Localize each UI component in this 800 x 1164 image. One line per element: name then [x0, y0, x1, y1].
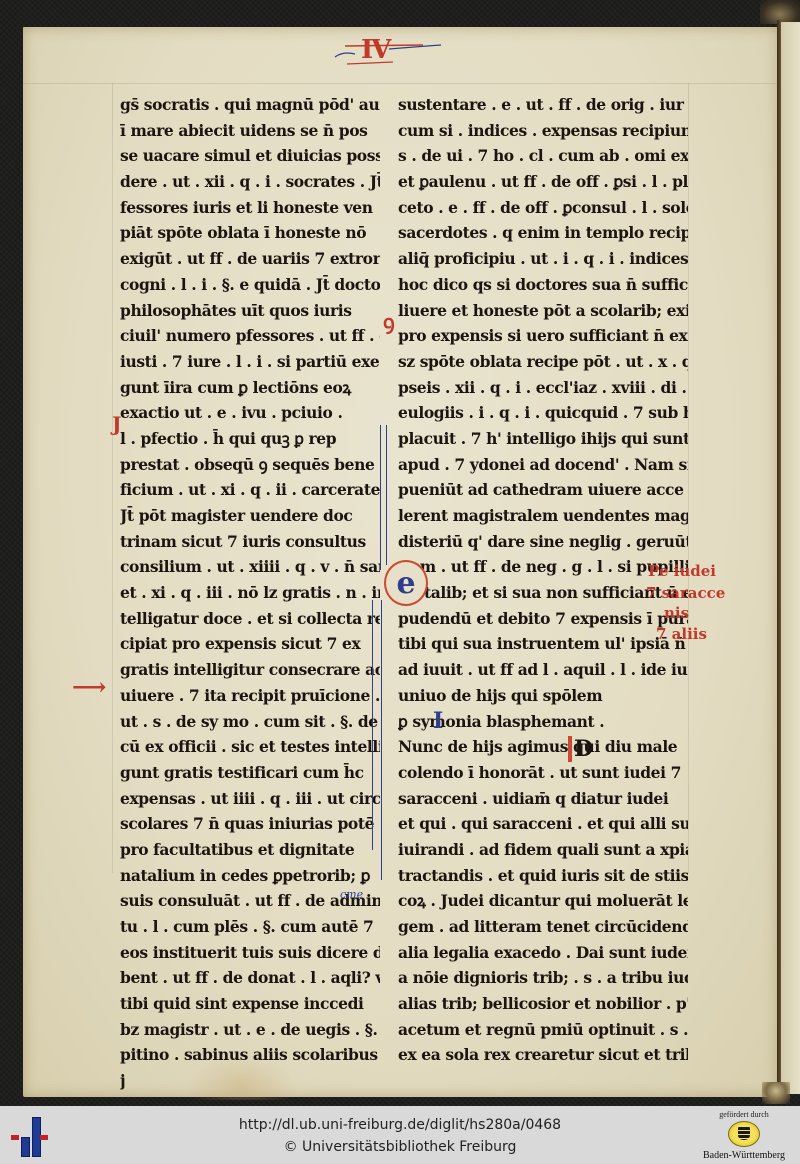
manuscript-line: scolares 7 n̄ quas iniurias potē [120, 811, 380, 837]
copyright-notice: © Universitätsbibliothek Freiburg [0, 1139, 800, 1155]
manuscript-line: consilium . ut . xiiii . q . v . n̄ sane… [120, 554, 380, 580]
manuscript-line: pueniūt ad cathedram uiuere acce [398, 477, 688, 503]
manuscript-line: et ꝑaulenu . ut ff . de off . ꝑsi . l . … [398, 169, 688, 195]
manuscript-line: num . ut ff . de neg . g . l . si pupill… [398, 554, 688, 580]
manuscript-line: sustentare . e . ut . ff . de orig . iur… [398, 92, 688, 118]
manuscript-line: a nōie dignioris trib; . s . a tribu iud… [398, 965, 688, 991]
manuscript-line: cum si . indices . expensas recipiunt . … [398, 118, 688, 144]
manuscript-line: iusti . 7 iure . l . i . si partiū exe [120, 349, 380, 375]
penwork-line [372, 600, 373, 850]
manuscript-line: gs̄ socratis . qui magnū pōd' auri [120, 92, 380, 118]
manuscript-line: sz spōte oblata recipe pōt . ut . x . q … [398, 349, 688, 375]
manuscript-line: Jt̄ pōt magister uendere doc [120, 503, 380, 529]
sponsor-block[interactable]: gefördert durch Baden-Württemberg [688, 1108, 800, 1164]
manuscript-line: exigūt . ut ff . de uariis 7 extrord. [120, 246, 380, 272]
right-text-column: sustentare . e . ut . ff . de orig . iur… [398, 92, 688, 1068]
folio-numeral: IV [361, 35, 389, 65]
manuscript-line: ī mare abiecit uidens se n̄ pos [120, 118, 380, 144]
manuscript-line: cipiat pro expensis sicut 7 ex [120, 631, 380, 657]
manuscript-line: saracceni . uidiam̄ q diatur iudei [398, 786, 688, 812]
folio-number: IV [333, 37, 443, 67]
sponsor-name: Baden-Württemberg [688, 1150, 800, 1161]
manuscript-line: pitino . sabinus aliis scolaribus [120, 1042, 380, 1068]
binding-thread-bottom [762, 1082, 790, 1104]
manuscript-line: s . de ui . 7 ho . cl . cum ab . omi exa… [398, 143, 688, 169]
manuscript-line: et . xi . q . iii . nō lz gratis . n . i… [120, 580, 380, 606]
manuscript-line: placuit . 7 h' intelligo ihijs qui sunt [398, 426, 688, 452]
manuscript-line: exactio ut . e . ivu . pciuio . [120, 400, 380, 426]
manuscript-line: cū ex officii . sic et testes intelli [120, 734, 380, 760]
ruling-line-left [112, 83, 113, 873]
manuscript-line: bz magistr . ut . e . de uegis . §. in [120, 1017, 380, 1043]
manuscript-line: ut . s . de sy mo . cum sit . §. de p le… [120, 709, 380, 735]
rubric-line: 7 saracce [646, 584, 725, 602]
manuscript-line: pudendū et debito 7 expensis ī puratis [398, 606, 688, 632]
rubric-line: nis [664, 604, 689, 622]
manuscript-line: bent . ut ff . de donat . l . aqli? v [120, 965, 380, 991]
penwork-line [381, 600, 382, 880]
manuscript-line: piāt spōte oblata ī honeste nō [120, 220, 380, 246]
manuscript-line: alias trib; bellicosior et nobilior . p'… [398, 991, 688, 1017]
manuscript-line: acetum et regnū pmiū optinuit . s . uī [398, 1017, 688, 1043]
penwork-line [386, 425, 387, 565]
left-text-column: gs̄ socratis . qui magnū pōd' auriī mare… [120, 92, 380, 1094]
manuscript-line: apud . 7 ydonei ad docend' . Nam si q'd … [398, 452, 688, 478]
manuscript-line: l . pfectio . h̄ qui quꝫ ꝑ rep [120, 426, 380, 452]
rubric-line: 7 aliis [656, 625, 707, 643]
manuscript-line: trinam sicut 7 iuris consultus [120, 529, 380, 555]
manuscript-line: se uacare simul et diuicias possi [120, 143, 380, 169]
initial-i: I [433, 708, 443, 734]
manuscript-line: philosophātes uīt quos iuris [120, 298, 380, 324]
manuscript-line: tibi qui sua instruentem ul' ipsiā n̄ [398, 631, 688, 657]
manuscript-line: gratis intelligitur consecrare ac [120, 657, 380, 683]
paragraph-mark: J [112, 412, 121, 436]
manuscript-line: eos instituerit tuis suis dicere de [120, 940, 380, 966]
manuscript-line: liuere et honeste pōt a scolarib; exigē [398, 298, 688, 324]
manuscript-line: fessores iuris et li honeste ven [120, 195, 380, 221]
manuscript-line: cogni . l . i . §. e quidā . Jt̄ doctore… [120, 272, 380, 298]
manuscript-line: disteriū q' dare sine neglig . geruūt n'… [398, 529, 688, 555]
manuscript-line: tibi quid sint expense inccedi [120, 991, 380, 1017]
manuscript-line: alia legalia exacedo . Dai sunt iudei [398, 940, 688, 966]
manuscript-line: telligatur doce . et si collecta re [120, 606, 380, 632]
facing-page-edge [781, 22, 800, 1094]
manuscript-line: natalium in cedes ꝑpetrorib; ꝑ [120, 863, 380, 889]
initial-d: D [568, 736, 593, 762]
manuscript-line: ad iuuit . ut ff ad l . aquil . l . ide … [398, 657, 688, 683]
catchword: cme [340, 888, 363, 901]
manuscript-line: iuirandi . ad fidem quali sunt a xpianis [398, 837, 688, 863]
manuscript-line: pro expensis si uero sufficiant n̄ exigz [398, 323, 688, 349]
manuscript-line: coꝝ . Judei dicantur qui moluerāt le [398, 888, 688, 914]
manuscript-line: tractandis . et quid iuris sit de stiis [398, 863, 688, 889]
permalink-url[interactable]: http://dl.ub.uni-freiburg.de/diglit/hs28… [0, 1117, 800, 1133]
penwork-line [380, 425, 381, 570]
manuscript-line: Nunc de hijs agimus qui diu male [398, 734, 688, 760]
ruling-line-top [23, 83, 778, 84]
manuscript-line: ceto . e . ff . de off . ꝑconsul . l . s… [398, 195, 688, 221]
manuscript-line: uiuere . 7 ita recipit pruīcione . [120, 683, 380, 709]
decorated-initial-e: e [384, 560, 428, 606]
manuscript-line: ii . talib; et si sua non sufficiant ū e [398, 580, 688, 606]
manuscript-line: expensas . ut iiii . q . iii . ut circul… [120, 786, 380, 812]
manuscript-line: aliq̄ proficipiu . ut . i . q . i . indi… [398, 246, 688, 272]
manuscript-line: dere . ut . xii . q . i . socrates . Jt̄… [120, 169, 380, 195]
paragraph-mark: ꝯ [383, 308, 395, 335]
manuscript-line: prestat . obseqū ꝯ sequēs bene [120, 452, 380, 478]
manuscript-line: hoc dico qs si doctores sua n̄ suffician… [398, 272, 688, 298]
sponsor-label: gefördert durch [688, 1110, 800, 1119]
manuscript-line: j [120, 1068, 380, 1094]
manuscript-line: sacerdotes . q enim in templo recipieban… [398, 220, 688, 246]
ruling-line-right [688, 83, 689, 873]
manuscript-line: ex ea sola rex crearetur sicut et tribu … [398, 1042, 688, 1068]
manuscript-line: uniuo de hijs qui spōlem [398, 683, 688, 709]
rubric-line: Pe iudei [648, 562, 716, 580]
manuscript-line: gem . ad litteram tenet circūcidendo et [398, 914, 688, 940]
baden-wuerttemberg-crest-icon [728, 1121, 760, 1147]
manuscript-line: eulogiis . i . q . i . quicquid . 7 sub … [398, 400, 688, 426]
manuscript-line: lerent magistralem uendentes mag [398, 503, 688, 529]
manuscript-line: colendo ī honorāt . ut sunt iudei 7 [398, 760, 688, 786]
paragraph-mark: ⟶ [72, 672, 106, 701]
manuscript-line: gunt gratis testificari cum h̄c [120, 760, 380, 786]
manuscript-line: tu . l . cum plēs . §. cum autē 7 [120, 914, 380, 940]
manuscript-line: pseis . xii . q . i . eccl'iaz . xviii .… [398, 375, 688, 401]
viewer-footer: http://dl.ub.uni-freiburg.de/diglit/hs28… [0, 1106, 800, 1164]
manuscript-line: gunt īira cum ꝑ lectiōns eoꝝ [120, 375, 380, 401]
manuscript-line: pro facultatibus et dignitate [120, 837, 380, 863]
manuscript-line: ficium . ut . xi . q . ii . carceratem . [120, 477, 380, 503]
manuscript-line: ciuil' numero pfessores . ut ff . de [120, 323, 380, 349]
manuscript-line: et qui . qui saracceni . et qui alli sun… [398, 811, 688, 837]
